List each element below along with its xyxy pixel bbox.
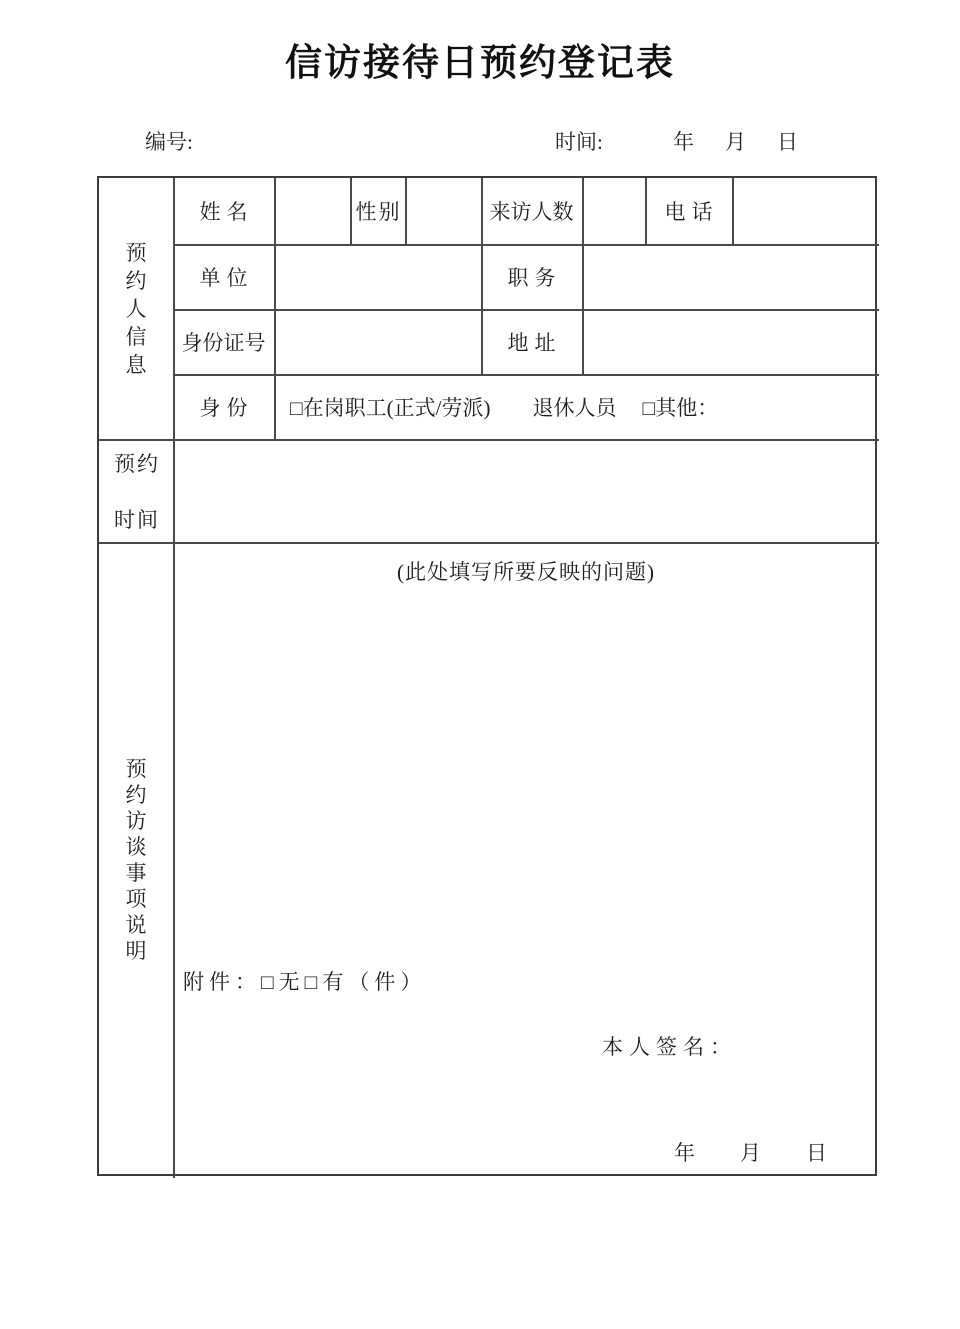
signature-label: 本人签名： — [602, 1031, 737, 1061]
header-day-label: 日 — [777, 126, 798, 156]
form-time-label: 时间: — [555, 126, 603, 156]
gender-label-cell: 性别 — [350, 178, 405, 244]
applicant-section-side-label: 预约人信息 — [124, 239, 148, 379]
id-number-value-cell — [274, 309, 481, 374]
name-label-cell: 姓名 — [173, 178, 274, 244]
gender-value-cell — [405, 178, 481, 244]
identity-option-active-checkbox[interactable]: □在岗职工(正式/劳派) — [290, 392, 491, 422]
visitor-count-label: 来访人数 — [490, 196, 574, 226]
applicant-section-side-label-cell: 预约人信息 — [99, 178, 173, 439]
identity-label: 身份 — [200, 392, 254, 422]
form-number-label: 编号: — [145, 126, 193, 156]
unit-label: 单位 — [200, 262, 254, 292]
identity-option-other-checkbox[interactable]: □其他： — [643, 392, 719, 422]
visitor-count-value-cell — [582, 178, 645, 244]
id-number-label-cell: 身份证号 — [173, 309, 274, 374]
matter-content-cell: (此处填写所要反映的问题) 附件：□无□有（件） 本人签名： 年 月 日 — [173, 542, 879, 1178]
appointment-time-label-line1: 预约 — [114, 448, 160, 478]
identity-options-cell: □在岗职工(正式/劳派) 退休人员 □其他： — [274, 374, 879, 439]
header-month-label: 月 — [725, 126, 746, 156]
matter-day-label: 日 — [806, 1137, 827, 1167]
visitor-count-label-cell: 来访人数 — [481, 178, 582, 244]
matter-section-side-label: 预约访谈事项说明 — [124, 756, 148, 964]
header-date-placeholders: 年 月 日 — [673, 126, 798, 156]
matter-hint-text: (此处填写所要反映的问题) — [173, 556, 879, 586]
name-label: 姓名 — [200, 196, 254, 226]
address-value-cell — [582, 309, 879, 374]
phone-label-cell: 电话 — [645, 178, 732, 244]
matter-date-placeholders: 年 月 日 — [674, 1137, 827, 1167]
appointment-time-label-line2: 时间 — [114, 504, 160, 534]
position-label-cell: 职务 — [481, 244, 582, 309]
position-value-cell — [582, 244, 879, 309]
matter-year-label: 年 — [674, 1137, 695, 1167]
phone-label: 电话 — [665, 196, 719, 226]
page-title: 信访接待日预约登记表 — [0, 32, 960, 86]
id-number-label: 身份证号 — [182, 327, 266, 357]
name-value-cell — [274, 178, 350, 244]
appointment-time-side-label-cell: 预约 时间 — [99, 439, 173, 542]
gender-label: 性别 — [356, 196, 402, 226]
identity-label-cell: 身份 — [173, 374, 274, 439]
phone-value-cell — [732, 178, 879, 244]
unit-label-cell: 单位 — [173, 244, 274, 309]
address-label-cell: 地址 — [481, 309, 582, 374]
registration-form-table: 预约人信息 姓名 性别 来访人数 电话 单位 职务 身份证号 地址 身份 □在岗… — [97, 176, 877, 1176]
attachment-checkbox-line[interactable]: 附件：□无□有（件） — [183, 966, 426, 996]
identity-option-retired[interactable]: 退休人员 — [533, 392, 617, 422]
matter-month-label: 月 — [740, 1137, 761, 1167]
matter-section-side-label-cell: 预约访谈事项说明 — [99, 542, 173, 1178]
header-year-label: 年 — [673, 126, 694, 156]
unit-value-cell — [274, 244, 481, 309]
address-label: 地址 — [508, 327, 562, 357]
appointment-time-value-cell — [173, 439, 879, 542]
position-label: 职务 — [508, 262, 562, 292]
